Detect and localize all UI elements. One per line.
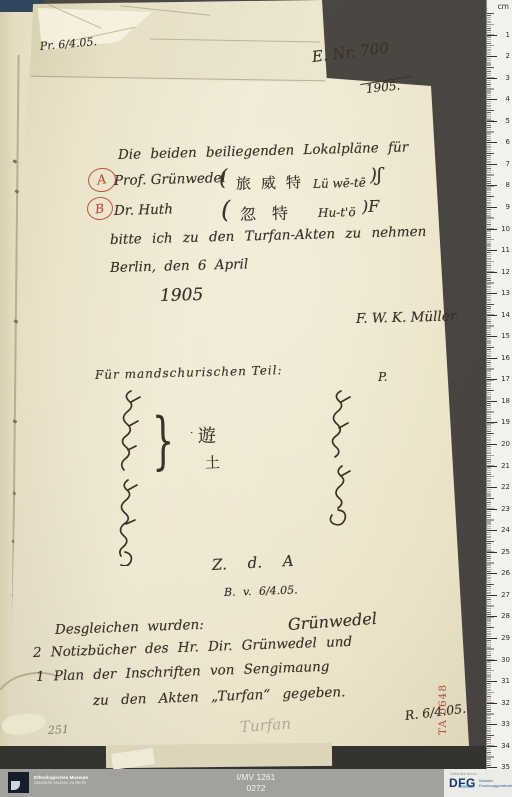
ruler-cm-tick xyxy=(487,56,497,57)
ruler-cm-tick xyxy=(487,595,497,596)
ruler-cm-label: 32 xyxy=(501,699,510,707)
ruler-cm-tick xyxy=(487,466,497,467)
ruler-cm-tick xyxy=(487,272,497,273)
ruler-cm-label: 13 xyxy=(501,289,510,297)
ruler-cm-tick xyxy=(487,293,497,294)
ruler-cm-label: 18 xyxy=(501,397,510,405)
ruler-cm-tick xyxy=(487,638,497,639)
manchu-script-column-left-lower xyxy=(110,478,146,566)
ruler-cm-label: 34 xyxy=(501,742,510,750)
archive-footer: Ethnologisches Museum Staatliche Museen … xyxy=(0,769,512,797)
dfg-full-name: Deutsche Forschungsgemeinschaft xyxy=(479,779,512,788)
ruler-cm-tick xyxy=(487,164,497,165)
ruler-cm-label: 7 xyxy=(506,160,510,168)
scan-number: 0272 xyxy=(0,783,512,794)
ruler-cm-label: 22 xyxy=(501,483,510,491)
chinese-name-huth: 忽特 xyxy=(240,200,305,225)
ruler-cm-tick xyxy=(487,207,497,208)
ruler-cm-label: 26 xyxy=(501,569,510,577)
manchu-script-column-left-upper xyxy=(112,388,148,476)
letter-item-a-name: Prof. Grünwedel xyxy=(114,170,226,189)
ruler-cm-tick xyxy=(487,487,497,488)
chinese-gloss-top: 遊 xyxy=(198,422,217,448)
ruler-cm-tick xyxy=(487,616,497,617)
ruler-cm-tick xyxy=(487,703,497,704)
letter-year: 1905 xyxy=(160,285,204,306)
paren-open-a: ( xyxy=(219,166,228,191)
romanization-gruenwedel: Lü wē-tē xyxy=(313,176,366,191)
dfg-name-line2: Forschungsgemeinschaft xyxy=(479,784,512,789)
red-label-a: A xyxy=(96,172,108,188)
ruler-cm-tick xyxy=(487,401,497,402)
ruler-cm-tick xyxy=(487,142,497,143)
ruler-cm-tick xyxy=(487,315,497,316)
ruler-cm-label: 5 xyxy=(506,117,510,125)
dfg-abbreviation: DFG xyxy=(449,776,476,790)
ruler-cm-tick xyxy=(487,358,497,359)
scan-identifiers: I/MV 1261 0272 xyxy=(0,772,512,794)
ruler-cm-tick xyxy=(487,573,497,574)
ruler-cm-label: 23 xyxy=(501,505,510,513)
scan-viewport: Pr. 6/4.05. E. Nr. 700 1905. Die beiden … xyxy=(0,0,512,797)
ruler-cm-label: 4 xyxy=(506,95,510,103)
ruler-cm-label: 2 xyxy=(506,52,510,60)
ruler-cm-label: 6 xyxy=(506,138,510,146)
ruler-cm-label: 1 xyxy=(506,31,510,39)
ruler-cm-tick xyxy=(487,552,497,553)
ruler-cm-label: 3 xyxy=(506,74,510,82)
ruler-cm-tick xyxy=(487,229,497,230)
romanization-huth: Hu-t'ö xyxy=(318,205,356,220)
ruler-cm-tick xyxy=(487,379,497,380)
p-label: P. xyxy=(378,370,388,384)
ruler-cm-label: 30 xyxy=(501,656,510,664)
ruler-cm-tick xyxy=(487,78,497,79)
ruler: cm 1234567891011121314151617181920212223… xyxy=(486,0,512,772)
ruler-cm-tick xyxy=(487,336,497,337)
chinese-gloss-bottom: 土 xyxy=(205,452,221,473)
manchu-script-column-right-lower xyxy=(324,464,360,528)
ruler-cm-tick xyxy=(487,530,497,531)
chinese-name-gruenwedel: 旅威特 xyxy=(236,171,312,194)
ruler-cm-tick xyxy=(487,444,497,445)
letter-item-b-name: Dr. Huth xyxy=(114,201,173,219)
filing-note-bv: B. v. 6/4.05. xyxy=(224,583,298,599)
ruler-cm-tick xyxy=(487,509,497,510)
ruler-cm-label: 28 xyxy=(501,612,510,620)
paren-close-a: )ʃ xyxy=(370,165,382,186)
ruler-cm-label: 25 xyxy=(501,548,510,556)
folio-number: 251 xyxy=(48,723,70,737)
ruler-cm-label: 12 xyxy=(501,268,510,276)
ruler-cm-label: 33 xyxy=(501,720,510,728)
ruler-cm-tick xyxy=(487,660,497,661)
mueller-signature: F. W. K. Müller xyxy=(356,308,457,327)
hand-brace: } xyxy=(152,403,174,477)
red-label-b: B xyxy=(94,200,105,216)
ruler-cm-tick xyxy=(487,422,497,423)
ruler-cm-tick xyxy=(487,35,497,36)
ruler-cm-tick xyxy=(487,185,497,186)
gloss-dot: · xyxy=(190,428,193,439)
ruler-cm-label: 24 xyxy=(501,526,510,534)
inventory-id: I/MV 1261 xyxy=(0,772,512,783)
ruler-cm-tick xyxy=(487,681,497,682)
ruler-cm-label: 29 xyxy=(501,634,510,642)
ruler-unit-label: cm xyxy=(498,2,509,11)
ruler-cm-tick xyxy=(487,121,497,122)
ruler-cm-label: 14 xyxy=(501,311,510,319)
ruler-cm-label: 21 xyxy=(501,462,510,470)
ruler-cm-label: 11 xyxy=(501,246,510,254)
manchu-script-column-right-upper xyxy=(322,388,358,462)
archive-stamp-code: TA 0648 xyxy=(437,684,449,735)
ruler-cm-label: 15 xyxy=(501,332,510,340)
paren-close-b: )F xyxy=(362,197,380,216)
ruler-cm-label: 8 xyxy=(506,181,510,189)
ruler-cm-label: 20 xyxy=(501,440,510,448)
ruler-cm-label: 9 xyxy=(506,203,510,211)
ruler-halfcm-ticks xyxy=(487,13,494,768)
ruler-cm-tick xyxy=(487,746,497,747)
ruler-cm-tick xyxy=(487,99,497,100)
faint-pencil-note: Turfan xyxy=(239,714,291,736)
ruler-cm-label: 16 xyxy=(501,354,510,362)
paren-open-b: ( xyxy=(221,196,231,224)
ruler-cm-label: 10 xyxy=(501,225,510,233)
ruler-cm-label: 19 xyxy=(501,418,510,426)
ruler-cm-tick xyxy=(487,724,497,725)
ruler-cm-tick xyxy=(487,250,497,251)
dfg-logo: Gefördert durch DFG Deutsche Forschungsg… xyxy=(444,769,512,797)
ruler-cm-label: 27 xyxy=(501,591,510,599)
ruler-cm-label: 31 xyxy=(501,677,510,685)
ruler-cm-label: 17 xyxy=(501,375,510,383)
